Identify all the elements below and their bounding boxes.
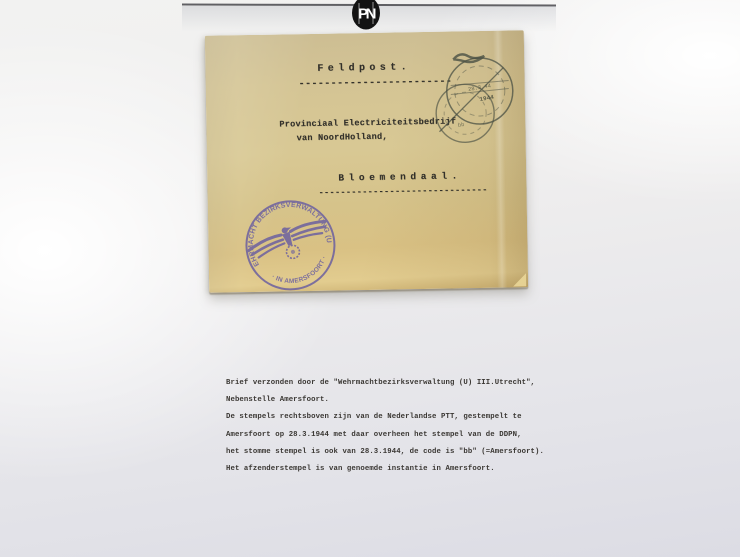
caption-line: Nebenstelle Amersfoort. xyxy=(226,392,544,409)
postmark-code-text: bb xyxy=(457,121,465,129)
caption-line: Het afzenderstempel is van genoemde inst… xyxy=(226,461,544,478)
feldpost-envelope: Feldpost. ------------------------ Provi… xyxy=(205,30,528,293)
caption-line: het stomme stempel is ook van 28.3.1944,… xyxy=(226,444,544,461)
envelope-corner-fold xyxy=(513,273,526,286)
caption-text-block: Brief verzonden door de "Wehrmachtbezirk… xyxy=(226,375,544,478)
ptt-postmarks: 28.3.44 1944 bb xyxy=(420,43,540,157)
album-page-photo: PN Feldpost. ------------------------ Pr… xyxy=(0,0,740,557)
envelope-heading: Feldpost. xyxy=(317,62,411,75)
wehrmacht-sender-stamp: WEHRMACHT BEZIRKSVERWALTUNG (U) · IN AME… xyxy=(233,188,347,302)
society-logo-monogram-icon: PN xyxy=(349,0,383,33)
address-line-2: van NoordHolland, xyxy=(296,132,387,144)
caption-line: Brief verzonden door de "Wehrmachtbezirk… xyxy=(226,375,544,392)
caption-line: Amersfoort op 28.3.1944 met daar overhee… xyxy=(226,427,544,444)
caption-line: De stempels rechtsboven zijn van de Nede… xyxy=(226,409,544,426)
destination-line: Bloemendaal. xyxy=(338,170,462,183)
